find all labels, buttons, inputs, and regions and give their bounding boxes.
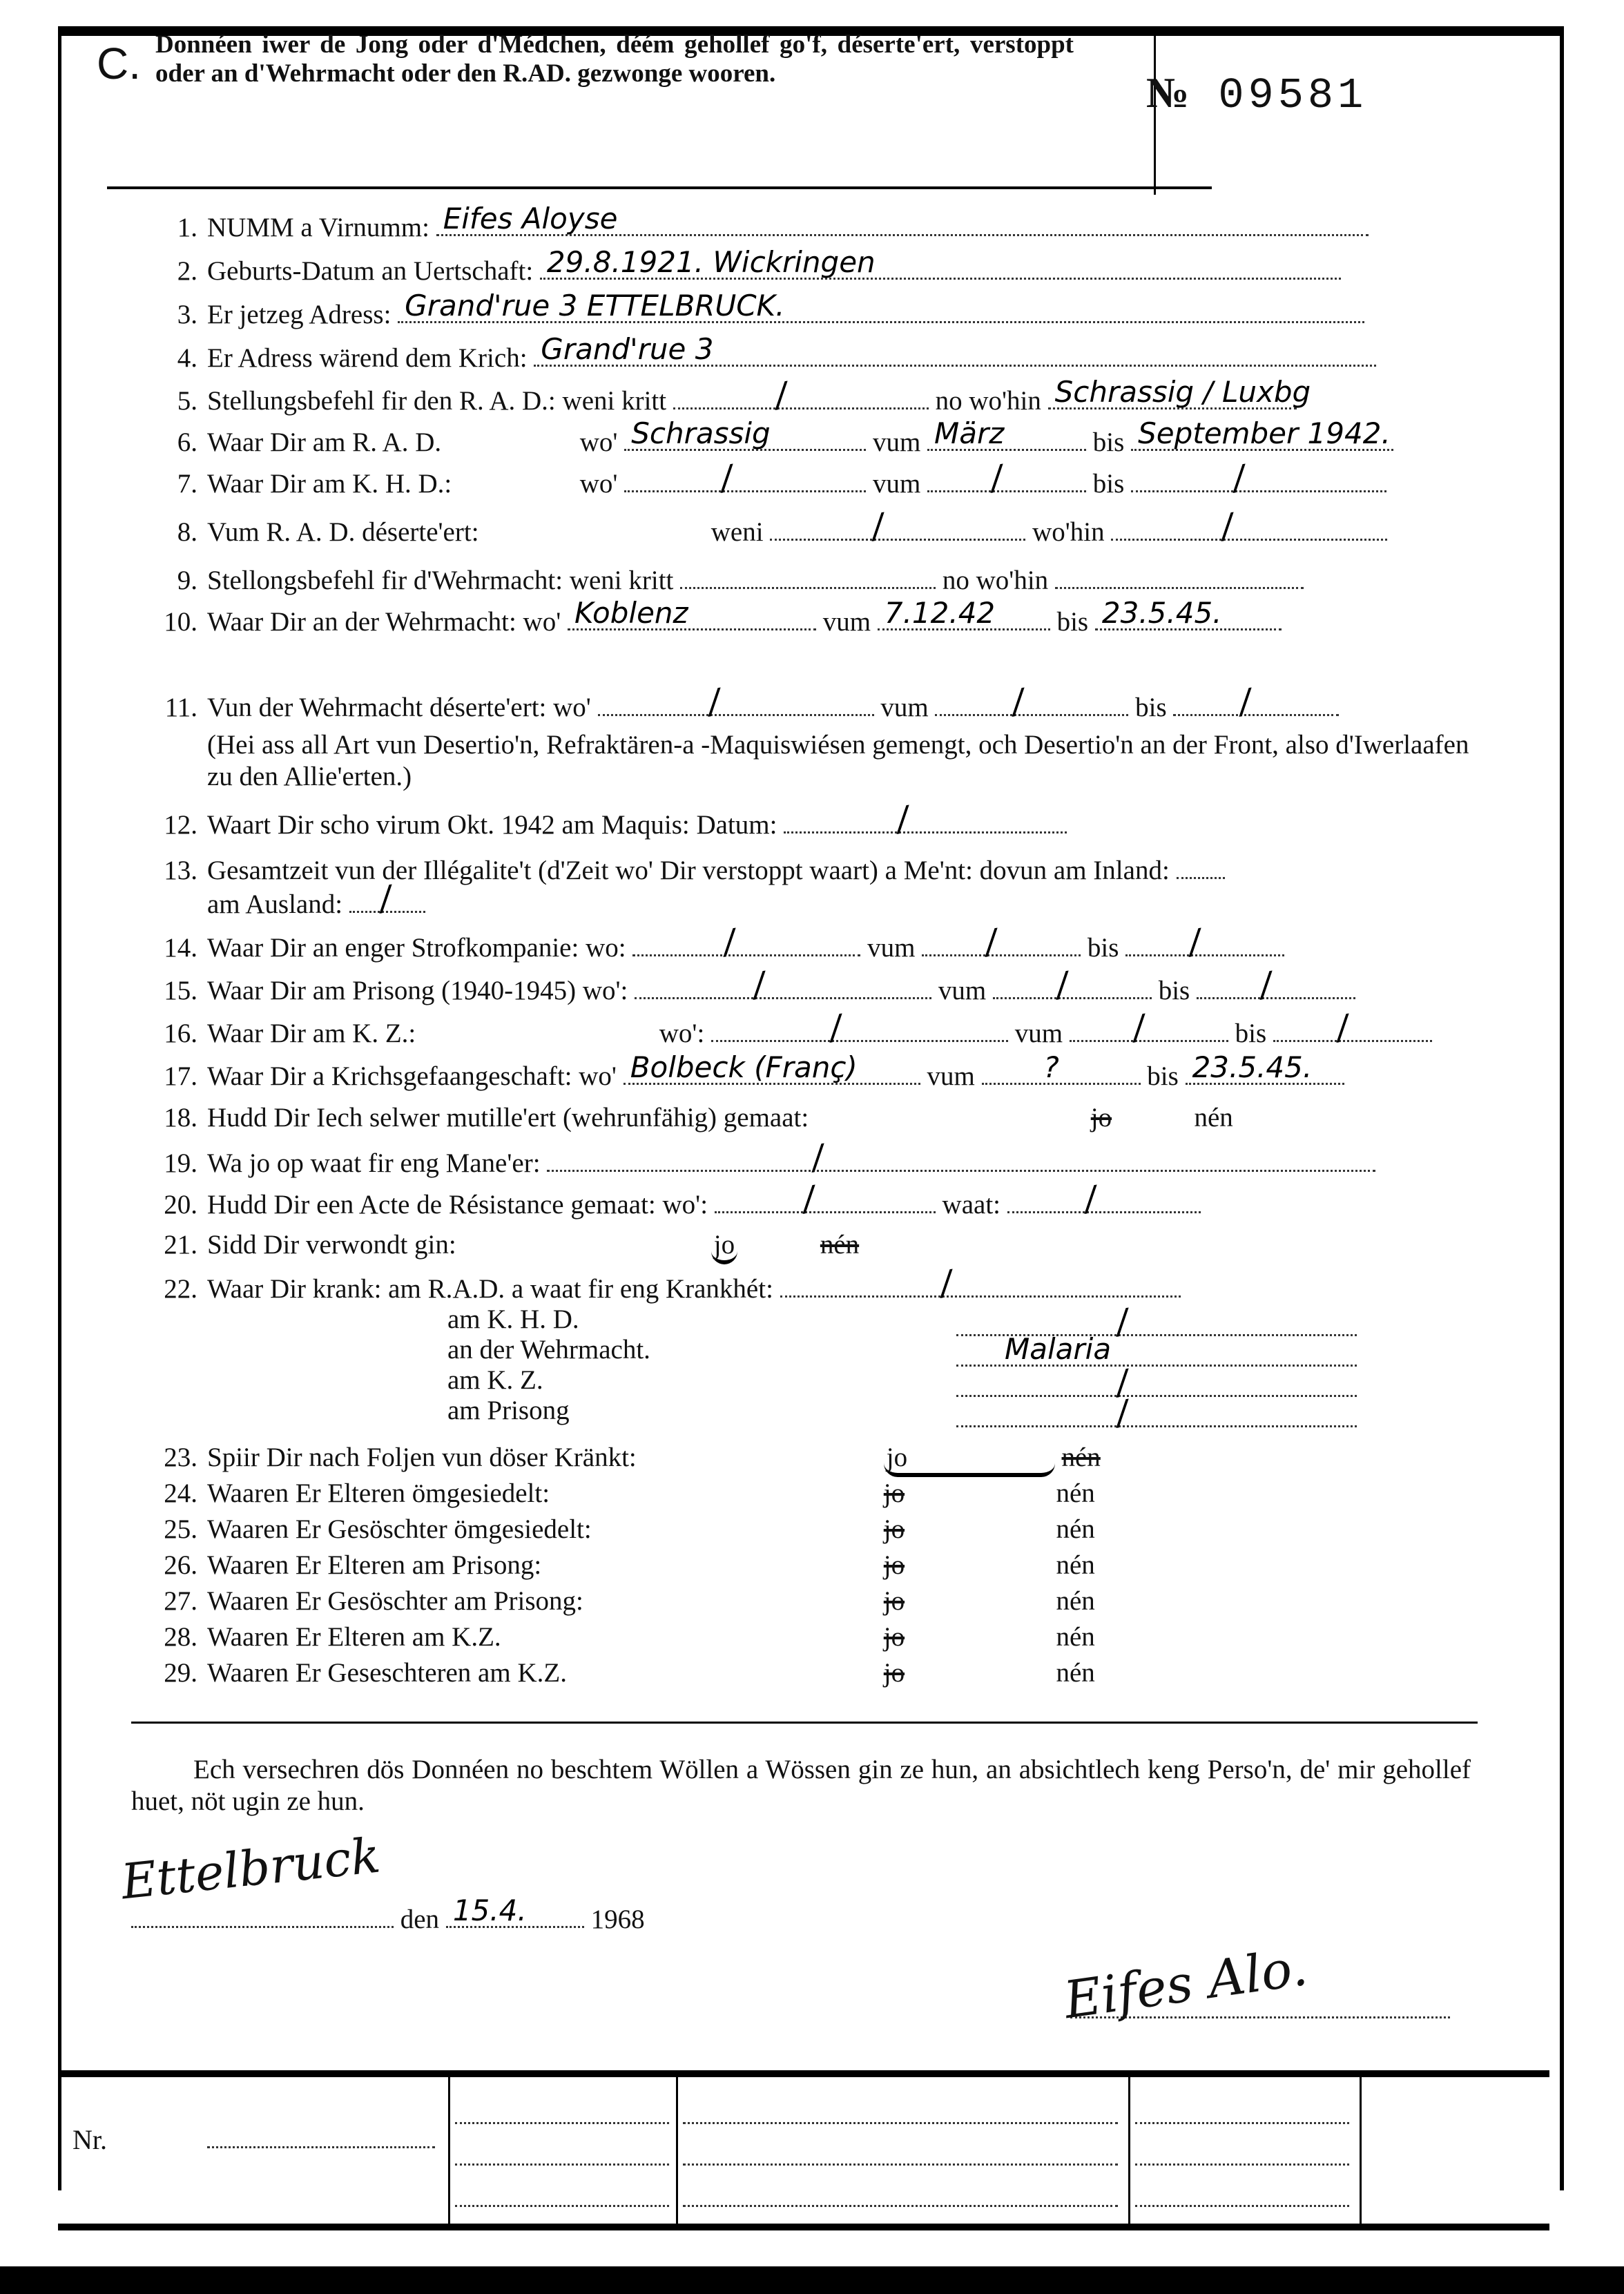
option-nen[interactable]: nén bbox=[1062, 1443, 1101, 1472]
option-jo[interactable]: jo bbox=[711, 1229, 737, 1264]
field-wohin[interactable]: / bbox=[1111, 515, 1387, 541]
cell-field[interactable] bbox=[455, 2122, 669, 2124]
question-12: 12.Waart Dir scho virum Okt. 1942 am Maq… bbox=[159, 808, 1067, 840]
answer-field[interactable]: Eifes Aloyse bbox=[436, 211, 1369, 236]
field-vum[interactable]: / bbox=[935, 691, 1128, 716]
field-datum[interactable]: / bbox=[784, 808, 1067, 833]
answer-field[interactable]: Grand'rue 3 ETTELBRUCK. bbox=[398, 298, 1364, 323]
question-1: 1.NUMM a Virnumm: Eifes Aloyse bbox=[159, 211, 1369, 243]
field-vum[interactable]: ? bbox=[982, 1059, 1141, 1085]
question-label: Waar Dir an enger Strofkompanie: bbox=[207, 933, 579, 963]
question-label: Spiir Dir nach Foljen vun döser Kränkt: bbox=[207, 1442, 877, 1473]
question-10: 10.Waar Dir an der Wehrmacht: wo' Koblen… bbox=[159, 605, 1282, 637]
question-26: 26.Waaren Er Elteren am Prisong: jo nén bbox=[159, 1550, 1095, 1581]
option-jo[interactable]: jo bbox=[884, 1585, 1050, 1617]
question-label: Gesamtzeit vun der Illégalite't (d'Zeit … bbox=[207, 856, 1170, 885]
answer-field[interactable]: Grand'rue 3 bbox=[534, 341, 1376, 367]
field-place[interactable] bbox=[131, 1902, 394, 1928]
field-weni-kritt[interactable] bbox=[680, 563, 936, 589]
option-nen[interactable]: nén bbox=[1056, 1586, 1095, 1616]
column-divider bbox=[1360, 2077, 1362, 2224]
question-18: 18.Hudd Dir Iech selwer mutille'ert (weh… bbox=[159, 1102, 1233, 1133]
question-29: 29.Waaren Er Geseschteren am K.Z. jo nén bbox=[159, 1657, 1095, 1688]
field-no-wohin[interactable]: Schrassig / Luxbg bbox=[1048, 384, 1297, 409]
field-rad-illness[interactable]: / bbox=[780, 1272, 1181, 1298]
option-nen[interactable]: nén bbox=[820, 1230, 859, 1260]
question-label: Vum R. A. D. déserte'ert: bbox=[207, 517, 704, 548]
cell-field[interactable] bbox=[455, 2205, 669, 2207]
question-label: Waar Dir am Prisong (1940-1945) bbox=[207, 976, 576, 1005]
field-wo[interactable]: / bbox=[635, 974, 931, 999]
question-16: 16.Waar Dir am K. Z.: wo': / vum / bis / bbox=[159, 1016, 1432, 1049]
handwritten-answer: 29.8.1921. Wickringen bbox=[547, 245, 876, 279]
field-weni-kritt[interactable]: / bbox=[673, 384, 929, 409]
option-jo[interactable]: jo bbox=[884, 1657, 1050, 1688]
question-13-ausland: am Ausland: / bbox=[207, 887, 425, 920]
question-3: 3.Er jetzeg Adress: Grand'rue 3 ETTELBRU… bbox=[159, 298, 1364, 330]
scan-edge bbox=[0, 2266, 1624, 2294]
field-bis[interactable]: September 1942. bbox=[1131, 425, 1393, 451]
handwritten-answer: Grand'rue 3 ETTELBRUCK. bbox=[405, 289, 784, 322]
question-label: Waaren Er Elteren am K.Z. bbox=[207, 1621, 877, 1652]
field-wo[interactable]: / bbox=[711, 1016, 1008, 1042]
question-label: NUMM a Virnumm: bbox=[207, 213, 429, 242]
handwritten-answer: Grand'rue 3 bbox=[541, 332, 713, 366]
question-7: 7.Waar Dir am K. H. D.: wo' / vum / bis … bbox=[159, 467, 1386, 499]
field-wo[interactable]: Koblenz bbox=[568, 605, 816, 630]
question-28: 28.Waaren Er Elteren am K.Z. jo nén bbox=[159, 1621, 1095, 1652]
question-13: 13.Gesamtzeit vun der Illégalite't (d'Ze… bbox=[159, 854, 1225, 886]
question-4: 4.Er Adress wärend dem Krich: Grand'rue … bbox=[159, 341, 1376, 374]
option-jo[interactable]: jo bbox=[884, 1550, 1050, 1581]
field-vum[interactable]: / bbox=[922, 931, 1081, 956]
question-6: 6.Waar Dir am R. A. D. wo' Schrassig vum… bbox=[159, 425, 1393, 458]
cell-field[interactable] bbox=[683, 2122, 1118, 2124]
header-rule bbox=[107, 186, 1212, 189]
field-weni[interactable]: / bbox=[770, 515, 1025, 541]
section-divider bbox=[131, 1722, 1478, 1724]
option-jo[interactable]: jo bbox=[884, 1514, 1050, 1545]
nr-field[interactable] bbox=[207, 2146, 435, 2148]
field-bis[interactable]: / bbox=[1125, 931, 1284, 956]
declaration-text: Ech versechren dös Donnéen no beschtem W… bbox=[131, 1754, 1471, 1818]
option-jo[interactable]: jo bbox=[1091, 1102, 1188, 1133]
question-label: Waaren Er Elteren ömgesiedelt: bbox=[207, 1478, 877, 1509]
field-bis[interactable]: 23.5.45. bbox=[1186, 1059, 1344, 1085]
question-label: Sidd Dir verwondt gin: bbox=[207, 1229, 704, 1260]
field-wo[interactable]: / bbox=[715, 1188, 936, 1213]
form-number: №09581 bbox=[1146, 69, 1367, 120]
question-label: Vun der Wehrmacht déserte'ert: bbox=[207, 693, 546, 722]
question-label: Waar Dir am K. Z.: bbox=[207, 1018, 652, 1049]
option-nen[interactable]: nén bbox=[1056, 1622, 1095, 1652]
column-divider bbox=[676, 2077, 678, 2224]
cell-field[interactable] bbox=[1135, 2122, 1349, 2124]
field-inland[interactable] bbox=[1177, 854, 1225, 879]
option-jo[interactable]: jo bbox=[884, 1442, 1055, 1477]
question-label: Geburts-Datum an Uertschaft: bbox=[207, 256, 533, 286]
cell-field[interactable] bbox=[1135, 2163, 1349, 2166]
field-wo[interactable]: Schrassig bbox=[624, 425, 866, 451]
field-bis[interactable]: / bbox=[1131, 467, 1386, 492]
question-label: Waar Dir am K. H. D.: bbox=[207, 468, 573, 499]
question-25: 25.Waaren Er Gesöschter ömgesiedelt: jo … bbox=[159, 1514, 1095, 1545]
field-no-wohin[interactable] bbox=[1055, 563, 1304, 589]
column-divider bbox=[1128, 2077, 1130, 2224]
field-vum[interactable]: / bbox=[1070, 1016, 1228, 1042]
question-label: Waar Dir krank: bbox=[207, 1274, 381, 1304]
cell-field[interactable] bbox=[683, 2163, 1118, 2166]
question-8: 8.Vum R. A. D. déserte'ert: weni / wo'hi… bbox=[159, 515, 1387, 548]
question-label: Stellongsbefehl fir d'Wehrmacht: bbox=[207, 566, 563, 595]
form-number-value: 09581 bbox=[1218, 71, 1367, 120]
cell-field[interactable] bbox=[683, 2205, 1118, 2207]
column-divider bbox=[448, 2077, 450, 2224]
question-11-note: (Hei ass all Art vun Desertio'n, Refrakt… bbox=[207, 729, 1478, 793]
field-waat[interactable]: / bbox=[1007, 1188, 1201, 1213]
question-19: 19.Wa jo op waat fir eng Mane'er: / bbox=[159, 1146, 1375, 1179]
option-nen[interactable]: nén bbox=[1056, 1478, 1095, 1508]
question-22-khd: am K. H. D. bbox=[447, 1304, 579, 1335]
field-wehrmacht-illness[interactable]: Malaria bbox=[956, 1365, 1357, 1367]
nr-label: Nr. bbox=[72, 2123, 107, 2156]
question-24: 24.Waaren Er Elteren ömgesiedelt: jo nén bbox=[159, 1478, 1095, 1509]
answer-field[interactable]: / bbox=[547, 1146, 1375, 1172]
section-title: Donnéen iwer de Jong oder d'Médchen, déé… bbox=[155, 30, 1074, 88]
question-22-kz: am K. Z. bbox=[447, 1365, 543, 1396]
question-11: 11.Vun der Wehrmacht déserte'ert: wo' / … bbox=[159, 691, 1339, 723]
question-14: 14.Waar Dir an enger Strofkompanie: wo: … bbox=[159, 931, 1284, 963]
question-22-prisong: am Prisong bbox=[447, 1395, 570, 1426]
question-label: Waaren Er Geseschteren am K.Z. bbox=[207, 1657, 877, 1688]
question-27: 27.Waaren Er Gesöschter am Prisong: jo n… bbox=[159, 1585, 1095, 1617]
question-5: 5.Stellungsbefehl fir den R. A. D.: weni… bbox=[159, 384, 1297, 416]
handwritten-answer: Eifes Aloyse bbox=[443, 202, 618, 235]
question-label: Wa jo op waat fir eng Mane'er: bbox=[207, 1148, 541, 1178]
question-label: Er jetzeg Adress: bbox=[207, 300, 391, 329]
question-22-wehrmacht: an der Wehrmacht. bbox=[447, 1334, 650, 1365]
field-bis[interactable]: / bbox=[1273, 1016, 1432, 1042]
question-label: Er Adress wärend dem Krich: bbox=[207, 343, 528, 373]
question-label: Hudd Dir Iech selwer mutille'ert (wehrun… bbox=[207, 1102, 1084, 1133]
question-label: Waart Dir scho virum Okt. 1942 am Maquis… bbox=[207, 810, 690, 840]
question-label: Waaren Er Gesöschter ömgesiedelt: bbox=[207, 1514, 877, 1545]
number-sign: № bbox=[1146, 70, 1189, 117]
field-vum[interactable]: / bbox=[927, 467, 1086, 492]
question-17: 17.Waar Dir a Krichsgefaangeschaft: wo' … bbox=[159, 1059, 1344, 1092]
field-wo[interactable]: / bbox=[598, 691, 874, 716]
question-label: Waar Dir am R. A. D. bbox=[207, 427, 573, 458]
field-bis[interactable]: 23.5.45. bbox=[1095, 605, 1282, 630]
place-date-line: den 15.4. 1968 bbox=[131, 1902, 645, 1935]
field-wo[interactable]: Bolbeck (Franç) bbox=[623, 1059, 920, 1085]
option-nen[interactable]: nén bbox=[1056, 1550, 1095, 1580]
option-nen[interactable]: nén bbox=[1056, 1514, 1095, 1544]
field-vum[interactable]: März bbox=[927, 425, 1086, 451]
office-use-box bbox=[58, 2070, 1549, 2230]
option-nen[interactable]: nén bbox=[1195, 1103, 1233, 1132]
field-ausland[interactable]: / bbox=[349, 887, 425, 913]
question-20: 20.Hudd Dir een Acte de Résistance gemaa… bbox=[159, 1188, 1201, 1220]
question-15: 15.Waar Dir am Prisong (1940-1945) wo': … bbox=[159, 974, 1355, 1006]
field-date[interactable]: 15.4. bbox=[446, 1902, 584, 1928]
question-label: Hudd Dir een Acte de Résistance gemaat: bbox=[207, 1190, 656, 1220]
cell-field[interactable] bbox=[1135, 2205, 1349, 2207]
question-label: Waaren Er Gesöschter am Prisong: bbox=[207, 1585, 877, 1617]
field-bis[interactable]: / bbox=[1197, 974, 1355, 999]
section-letter: C. bbox=[97, 38, 141, 89]
question-2: 2.Geburts-Datum an Uertschaft: 29.8.1921… bbox=[159, 254, 1341, 287]
question-label: Waaren Er Elteren am Prisong: bbox=[207, 1550, 877, 1581]
question-21: 21.Sidd Dir verwondt gin: jo nén bbox=[159, 1229, 859, 1264]
question-9: 9.Stellongsbefehl fir d'Wehrmacht: weni … bbox=[159, 563, 1304, 596]
option-jo[interactable]: jo bbox=[884, 1478, 1050, 1509]
field-prisong-illness[interactable]: / bbox=[956, 1425, 1357, 1427]
field-bis[interactable]: / bbox=[1173, 691, 1339, 716]
question-23: 23.Spiir Dir nach Foljen vun döser Kränk… bbox=[159, 1442, 1101, 1477]
question-label: Waar Dir a Krichsgefaangeschaft: bbox=[207, 1061, 572, 1091]
question-label: Stellungsbefehl fir den R. A. D.: bbox=[207, 386, 556, 416]
question-label: Waar Dir an der Wehrmacht: bbox=[207, 607, 516, 637]
field-kz-illness[interactable]: / bbox=[956, 1395, 1357, 1397]
field-wo[interactable]: / bbox=[624, 467, 866, 492]
field-vum[interactable]: / bbox=[993, 974, 1152, 999]
option-nen[interactable]: nén bbox=[1056, 1658, 1095, 1688]
option-jo[interactable]: jo bbox=[884, 1621, 1050, 1652]
answer-field[interactable]: 29.8.1921. Wickringen bbox=[540, 254, 1341, 280]
field-vum[interactable]: 7.12.42 bbox=[878, 605, 1050, 630]
question-22: 22.Waar Dir krank: am R.A.D. a waat fir … bbox=[159, 1272, 1181, 1304]
cell-field[interactable] bbox=[455, 2163, 669, 2166]
field-wo[interactable]: / bbox=[632, 931, 860, 956]
